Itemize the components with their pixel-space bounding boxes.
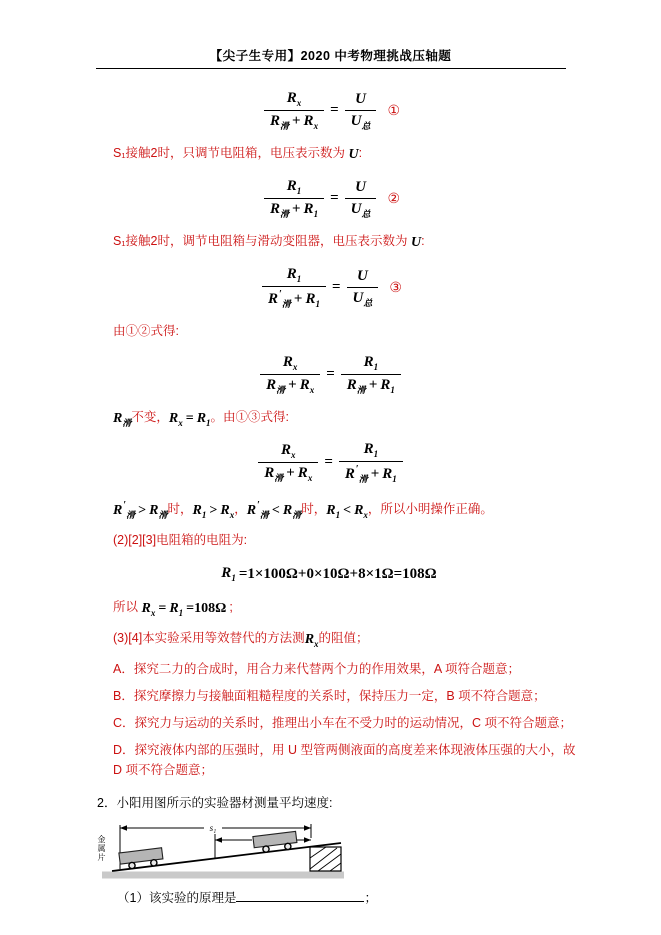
math-expression: U总 [351, 201, 371, 219]
math-expression: Rx=R1 [169, 411, 211, 426]
answer-blank [236, 888, 364, 902]
math-expression: R′滑<R滑 [247, 503, 302, 518]
math-expression: R1>Rx [193, 503, 235, 518]
math-expression: Rx=R1=108Ω [141, 601, 229, 616]
para-s1-adjust-box-and-rheostat: S₁接触2时，调节电阻箱与滑动变阻器，电压表示数为 U: [113, 231, 578, 253]
text-run: 由①②式得: [113, 324, 179, 338]
para-option-d: D．探究液体内部的压强时，用 U 型管两侧液面的高度差来体现液体压强的大小，故 … [113, 740, 578, 780]
text-run: : [421, 234, 424, 248]
header-title: 【尖子生专用】2020 中考物理挑战压轴题 [210, 49, 452, 63]
math-expression: Rx [283, 354, 298, 372]
math-expression: R1 [364, 354, 379, 372]
q2-part1-suffix: ； [364, 891, 377, 905]
math-expression: R1R滑+R1=UU总② [261, 178, 400, 219]
para-comparison-conclusion: R′滑>R滑时，R1>Rx，R′滑<R滑时，R1<Rx，所以小明操作正确。 [113, 496, 578, 521]
math-expression: R′滑+R1 [345, 464, 397, 484]
text-run: (3)[4]本实验采用等效替代的方法测 [113, 631, 305, 645]
text-run: S₁接触2时，调节电阻箱与滑动变阻器，电压表示数为 [113, 234, 411, 248]
math-expression: RxR滑+Rx=UU总① [261, 90, 400, 131]
ground [102, 872, 344, 879]
para-s1-adjust-box-only: S₁接触2时，只调节电阻箱，电压表示数为 U: [113, 143, 578, 165]
math-expression: R滑+Rx [270, 113, 318, 131]
math-expression: U总 [353, 290, 373, 308]
text-run: 时， [301, 502, 326, 516]
math-expression: R1 [287, 178, 302, 196]
math-expression: R1<Rx [326, 503, 368, 518]
equation-3: R1R′滑+R1=UU总③ [0, 265, 661, 309]
equation-1: RxR滑+Rx=UU总① [0, 89, 661, 131]
text-run: D．探究液体内部的压强时，用 U 型管两侧液面的高度差来体现液体压强的大小，故 … [113, 743, 576, 777]
wooden-block [310, 847, 341, 871]
incline-experiment-figure: 金属片 s₁ [96, 822, 348, 880]
text-run: ; [229, 600, 232, 614]
math-expression: R滑+R1 [347, 377, 395, 395]
math-expression: U [355, 179, 366, 196]
math-expression: R′滑>R滑 [113, 503, 168, 518]
text-run: 的阻值； [319, 631, 369, 645]
text-run: 。由①③式得: [211, 410, 289, 424]
para-option-b: B．探究摩擦力与接触面粗糙程度的关系时，保持压力一定，B 项不符合题意； [113, 686, 578, 706]
text-run: ，所以小明操作正确。 [368, 502, 493, 516]
math-expression: Rx [305, 632, 319, 647]
math-expression: R′滑+R1 [268, 289, 320, 309]
equation-2: R1R滑+R1=UU总② [0, 177, 661, 219]
text-run: ， [234, 502, 247, 516]
para-r-slide-unchanged: R滑不变，Rx=R1。由①③式得: [113, 407, 578, 429]
text-run: 不变， [131, 410, 169, 424]
worksheet-page: 【尖子生专用】2020 中考物理挑战压轴题 RxR滑+Rx=UU总① S₁接触2… [0, 0, 661, 935]
math-expression: U [355, 91, 366, 108]
math-expression: R1R′滑+R1=UU总③ [259, 266, 402, 309]
text-run: : [359, 146, 362, 160]
text-run: 时， [168, 502, 193, 516]
math-expression: R1 [364, 441, 379, 459]
para-part2-resistance-box: (2)[2][3]电阻箱的电阻为: [113, 530, 578, 550]
math-expression: R滑 [113, 411, 131, 426]
equation-5: RxR滑+Rx=R1R′滑+R1 [0, 441, 661, 484]
text-run: C．探究力与运动的关系时，推理出小车在不受力时的运动情况，C 项不符合题意； [113, 716, 572, 730]
math-expression: R滑+Rx [266, 377, 314, 395]
equation-4: RxR滑+Rx=R1R滑+R1 [0, 353, 661, 395]
math-expression: RxR滑+Rx=R1R滑+R1 [257, 354, 404, 395]
para-option-c: C．探究力与运动的关系时，推理出小车在不受力时的运动情况，C 项不符合题意； [113, 713, 578, 733]
text-run: A．探究二力的合成时，用合力来代替两个力的作用效果，A 项符合题意； [113, 662, 520, 676]
math-expression: Rx [287, 90, 302, 108]
math-expression: R1 [287, 266, 302, 284]
text-run: 2．小阳用图所示的实验器材测量平均速度: [97, 796, 332, 810]
question-2-stem: 2．小阳用图所示的实验器材测量平均速度: [97, 793, 562, 813]
math-expression: U总 [351, 113, 371, 131]
para-therefore-rx-value: 所以 Rx=R1=108Ω; [113, 597, 578, 619]
math-expression: U [411, 235, 421, 250]
para-from-equations-1-2: 由①②式得: [113, 321, 578, 341]
math-expression: R滑+R1 [270, 201, 318, 219]
math-expression: U [357, 268, 368, 285]
math-expression: RxR滑+Rx=R1R′滑+R1 [255, 441, 406, 484]
text-run: 所以 [113, 600, 141, 614]
para-part3-equivalent-substitution: (3)[4]本实验采用等效替代的方法测Rx的阻值； [113, 628, 578, 650]
math-expression: R滑+Rx [264, 465, 312, 483]
text-run: (2)[2][3]电阻箱的电阻为: [113, 533, 247, 547]
equation-6: R1=1×100Ω+0×10Ω+8×1Ω=108Ω [0, 564, 661, 583]
math-expression: U [348, 147, 358, 162]
incline-diagram-svg: s₁ s₂ [96, 822, 348, 880]
q2-part1-text: （1）该实验的原理是 [117, 891, 236, 905]
text-run: S₁接触2时，只调节电阻箱，电压表示数为 [113, 146, 348, 160]
question-2-part-1: （1）该实验的原理是； [117, 888, 582, 908]
math-expression: Rx [281, 442, 296, 460]
para-option-a: A．探究二力的合成时，用合力来代替两个力的作用效果，A 项符合题意； [113, 659, 578, 679]
s1-distance-label: s₁ [210, 823, 217, 833]
page-header: 【尖子生专用】2020 中考物理挑战压轴题 [0, 0, 661, 65]
math-expression: R1=1×100Ω+0×10Ω+8×1Ω=108Ω [221, 565, 439, 583]
text-run: B．探究摩擦力与接触面粗糙程度的关系时，保持压力一定，B 项不符合题意； [113, 689, 546, 703]
header-rule [96, 68, 566, 69]
